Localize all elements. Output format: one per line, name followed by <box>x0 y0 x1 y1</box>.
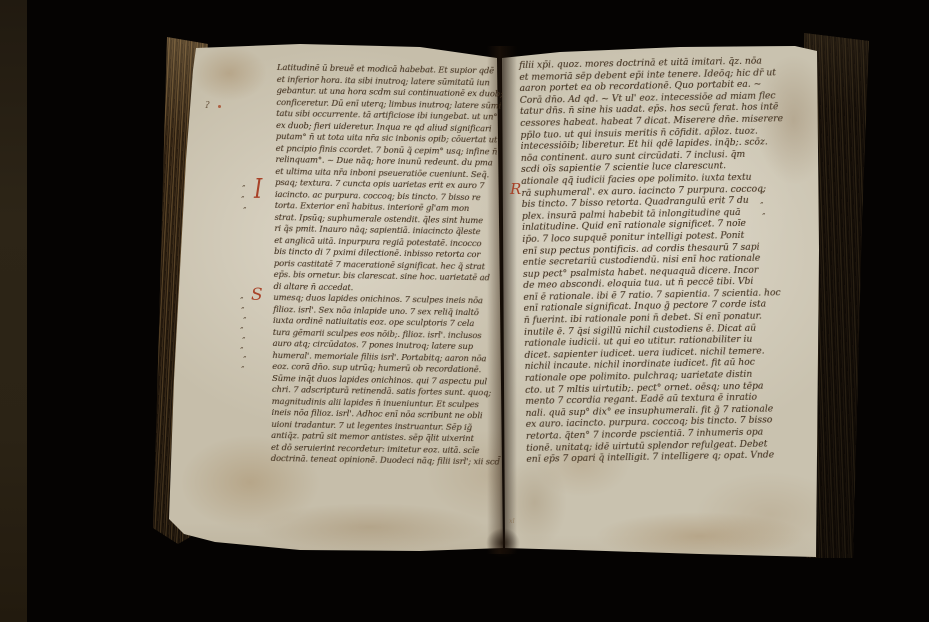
diple-mark: „ <box>243 203 246 210</box>
diple-mark: „ <box>243 313 246 320</box>
parchment-stain <box>192 46 267 101</box>
right-page-text: filii xp̄i. quoz. mores doctrinā et uitā… <box>519 55 789 466</box>
parchment-stain <box>255 503 485 551</box>
diple-mark: „ <box>761 187 764 194</box>
diple-mark: „ <box>243 352 246 359</box>
rubric-initial-r: R <box>510 182 521 197</box>
diple-mark: „ <box>762 209 765 216</box>
parchment-stain <box>595 512 805 560</box>
manuscript-photo: Latitudinē ū breuē et modicā habebat. Et… <box>0 0 929 622</box>
red-pigment-dot <box>218 105 221 108</box>
gutter-fold-shadow <box>486 528 520 558</box>
left-page-text: Latitudinē ū breuē et modicā habebat. Et… <box>271 62 506 468</box>
diple-mark: „ <box>241 303 244 310</box>
diple-mark: „ <box>760 198 763 205</box>
diple-mark: „ <box>240 293 243 300</box>
diple-mark: „ <box>242 181 245 188</box>
diple-mark: „ <box>241 192 244 199</box>
diple-mark: „ <box>241 362 244 369</box>
diple-mark: „ <box>240 323 243 330</box>
rubric-initial-i: I <box>254 176 262 203</box>
margin-curl-mark: ʔ <box>205 101 210 111</box>
quire-signature: xl <box>509 517 515 525</box>
slide-frame-edge <box>0 0 27 622</box>
diple-mark: „ <box>242 333 245 340</box>
rubric-initial-s: S <box>251 287 263 304</box>
diple-mark: „ <box>240 343 243 350</box>
